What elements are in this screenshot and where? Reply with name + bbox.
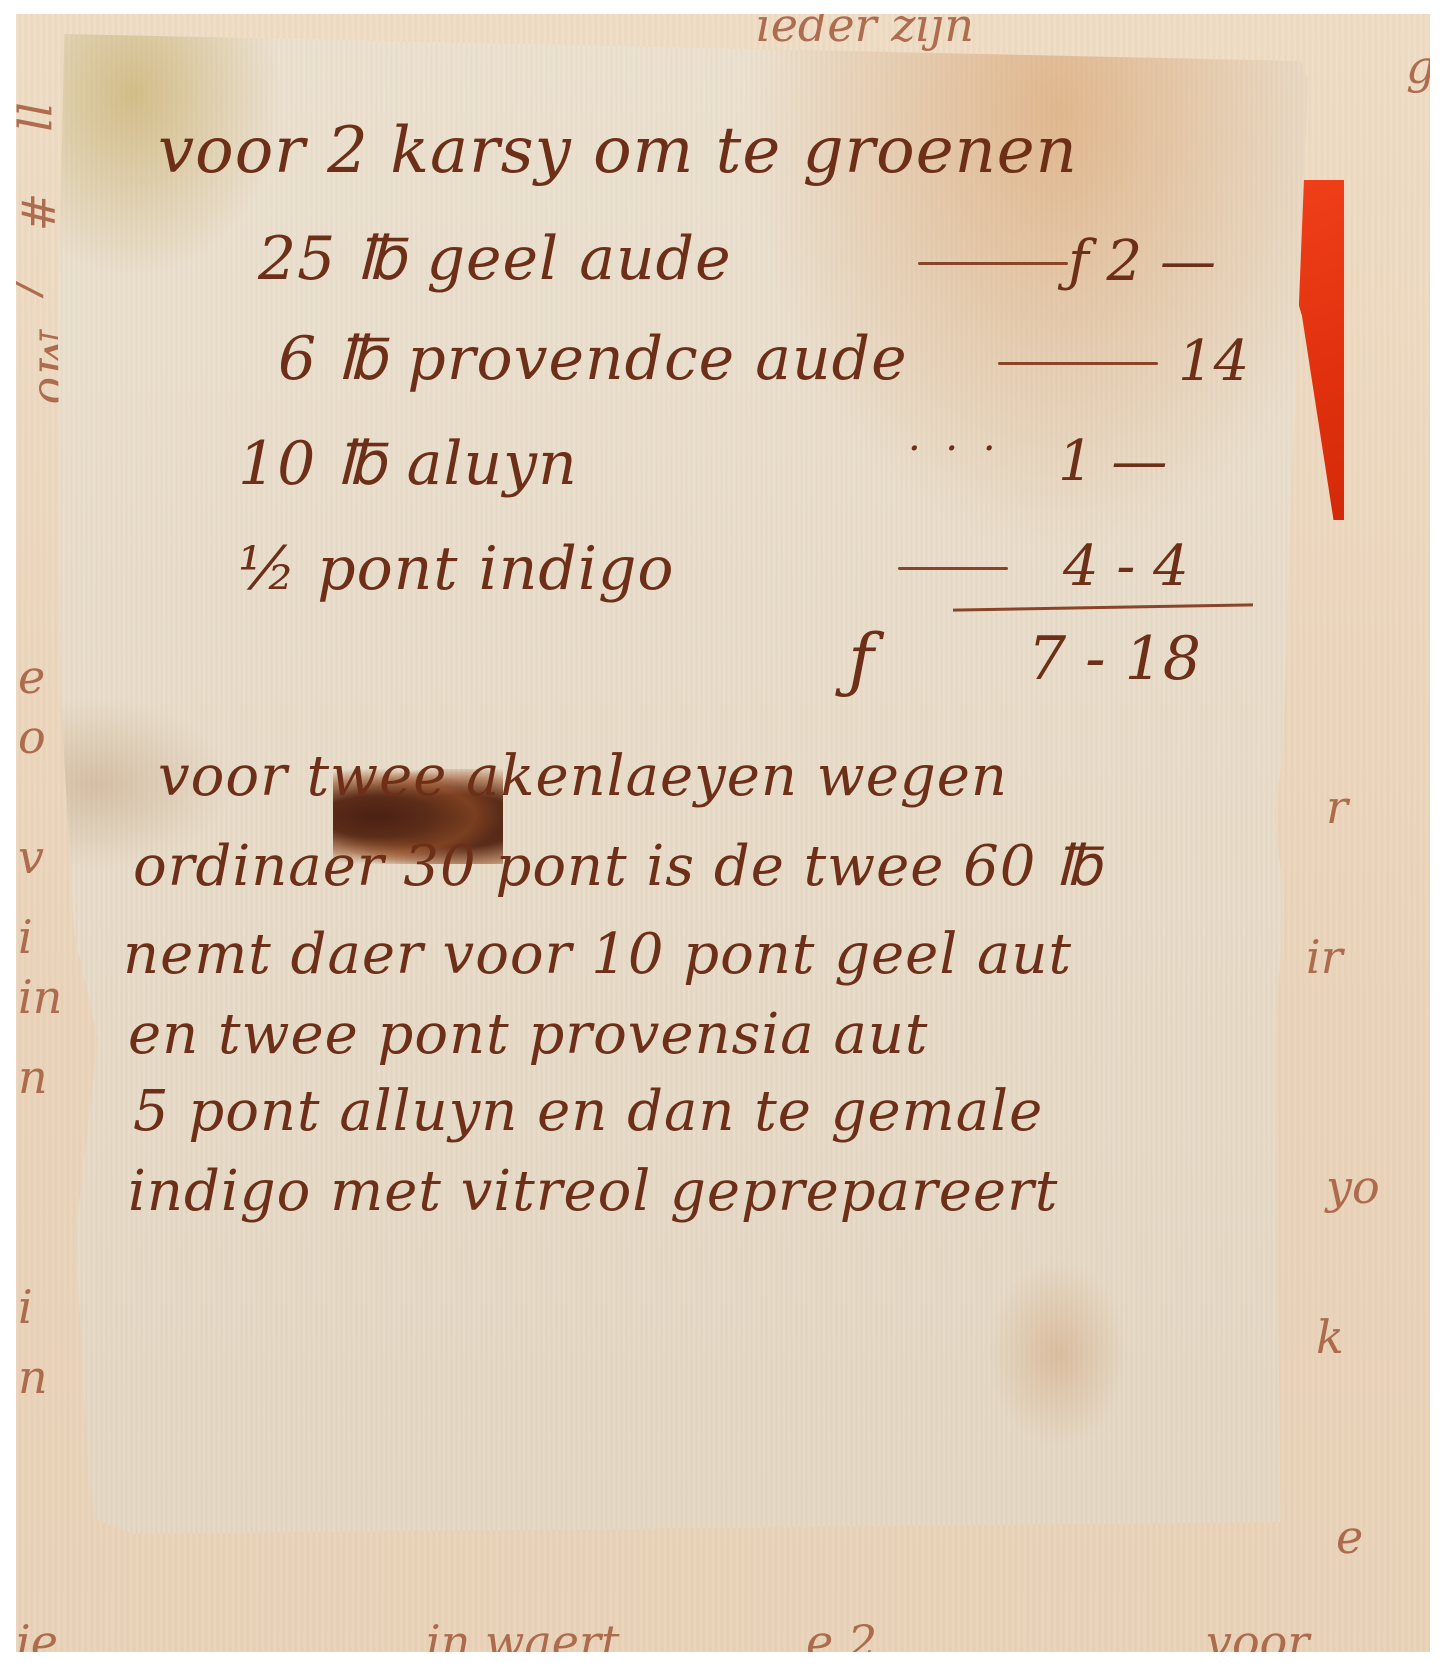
item-name: geel aude (427, 224, 732, 294)
leader-line (998, 362, 1158, 365)
paragraph-line: nemt daer voor 10 pont geel aut (123, 922, 1072, 987)
document-photo: ieder zijn ll # / Mo e o v i in n i n g … (16, 14, 1430, 1652)
item-amount: ƒ 2 — (1068, 229, 1216, 294)
item-amount: 14 (1178, 329, 1249, 394)
leader-line (918, 262, 1068, 265)
item-name: aluyn (407, 429, 578, 499)
margin-fragment: r (1326, 784, 1348, 830)
item-quantity: 25 ℔ (258, 224, 407, 294)
leader-dots: · · · (908, 426, 1002, 472)
item-quantity: 6 ℔ (278, 324, 387, 394)
margin-fragment: ll (16, 102, 56, 131)
margin-fragment: n (18, 1054, 48, 1100)
total-amount: 7 - 18 (1028, 624, 1201, 694)
underlying-text-top: ieder zijn (756, 14, 1396, 48)
bottom-fragment: ie (16, 1619, 58, 1652)
note-heading: voor 2 karsy om te groenen (158, 114, 1078, 188)
item-name: provendce aude (407, 324, 907, 394)
paragraph-line: en twee pont provensia aut (128, 1002, 928, 1067)
margin-fragment: yo (1326, 1164, 1380, 1210)
margin-fragment: v (18, 834, 44, 880)
leader-line (898, 567, 1008, 570)
paragraph-line: 5 pont alluyn en dan te gemale (133, 1079, 1043, 1144)
margin-fragment: o (18, 714, 46, 760)
item-quantity: ½ (238, 534, 297, 604)
item-quantity: 10 ℔ (238, 429, 387, 499)
bottom-fragment: e 2 (806, 1619, 877, 1652)
margin-fragment: k (1316, 1314, 1344, 1360)
item-amount: 1 — (1058, 429, 1167, 494)
underlying-fragment: ieder zijn (756, 14, 974, 52)
margin-fragment: i (18, 914, 33, 960)
paragraph-line: indigo met vitreol geprepareert (128, 1159, 1058, 1224)
margin-fragment: in (18, 974, 62, 1020)
bottom-fragment: voor (1206, 1619, 1309, 1652)
bottom-fragment: in waert (426, 1619, 619, 1652)
margin-fragment: n (18, 1354, 48, 1400)
margin-fragment: ir (1306, 934, 1343, 980)
margin-fragment: i (18, 1284, 33, 1330)
item-name: pont indigo (317, 534, 674, 604)
total-currency: ƒ (848, 619, 874, 701)
item-row: 10 ℔ aluyn (238, 429, 578, 499)
item-row: 25 ℔ geel aude (258, 224, 732, 294)
item-amount: 4 - 4 (1063, 534, 1189, 599)
margin-fragment: e (18, 654, 45, 700)
item-row: ½ pont indigo (238, 534, 675, 604)
paragraph-line: ordinaer 30 pont is de twee 60 ℔ (133, 834, 1102, 899)
item-row: 6 ℔ provendce aude (278, 324, 908, 394)
margin-fragment: / (16, 279, 49, 295)
sum-rule (953, 603, 1253, 611)
margin-fragment: # (16, 193, 60, 232)
recipe-note: voor 2 karsy om te groenen 25 ℔ geel aud… (58, 34, 1308, 1534)
paragraph-line: voor twee akenlaeyen wegen (158, 744, 1008, 809)
margin-fragment: g (1406, 44, 1430, 90)
margin-fragment: e (1336, 1514, 1363, 1560)
